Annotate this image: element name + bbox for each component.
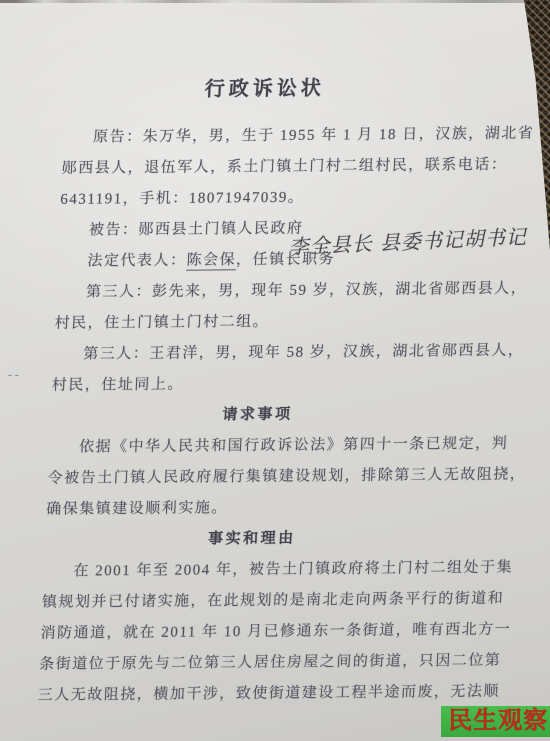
document-title: 行政诉讼状 (65, 72, 466, 105)
document-photo: 行政诉讼状 原告：朱万华，男，生于 1955 年 1 月 18 日，汉族，湖北省… (0, 0, 550, 741)
doc-line-facts-3: 消防通道，就在 2011 年 10 月已修通东一条街道，唯有西北方一 (40, 615, 496, 650)
legal-rep-name: 陈会保 (186, 252, 236, 270)
doc-line-phone: 6431191，手机：18071947039。 (60, 181, 516, 216)
section-heading-request: 请求事项 (50, 398, 466, 433)
doc-line-request-1: 依据《中华人民共和国行政诉讼法》第四十一条已规定，判 (48, 429, 504, 464)
document-body: 行政诉讼状 原告：朱万华，男，生于 1955 年 1 月 18 日，汉族，湖北省… (0, 72, 550, 713)
photo-top-edge-line (0, 0, 550, 3)
doc-line-plaintiff-2: 郧西县人，退伍军人，系土门镇土门村二组村民，联系电话： (61, 150, 517, 185)
legal-rep-prefix: 法定代表人： (87, 253, 187, 270)
doc-line-third-party-2b: 村民，住址同上。 (51, 367, 507, 402)
doc-line-request-3: 确保集镇建设顺利实施。 (45, 491, 501, 526)
doc-line-third-party-2: 第三人：王君洋，男，现年 58 岁，汉族，湖北省郧西县人， (53, 336, 509, 371)
doc-line-plaintiff: 原告：朱万华，男，生于 1955 年 1 月 18 日，汉族，湖北省 (62, 119, 518, 154)
doc-line-facts-5: 三人无故阻挠，横加干涉，致使街道建设工程半途而废，无法顺 (37, 677, 493, 712)
section-heading-facts: 事实和理由 (44, 522, 460, 557)
doc-line-third-party-1b: 村民，住土门镇土门村二组。 (54, 305, 510, 340)
doc-line-third-party-1: 第三人：彭先来，男，现年 59 岁，汉族，湖北省郧西县人， (55, 274, 511, 309)
watermark-badge: 民生观察 (441, 706, 550, 737)
stray-pen-mark: -- (6, 368, 20, 383)
doc-line-facts-2: 镇规划并已付诸实施，在此规划的是南北走向两条平行的街道和 (41, 584, 497, 619)
doc-line-facts-4: 条街道位于原先与二位第三人居住房屋之间的街道，只因二位第 (38, 646, 494, 681)
doc-line-request-2: 令被告土门镇人民政府履行集镇建设规划，排除第三人无故阻挠， (47, 460, 503, 495)
doc-line-facts-1: 在 2001 年至 2004 年，被告土门镇政府将土门村二组处于集 (43, 553, 499, 588)
